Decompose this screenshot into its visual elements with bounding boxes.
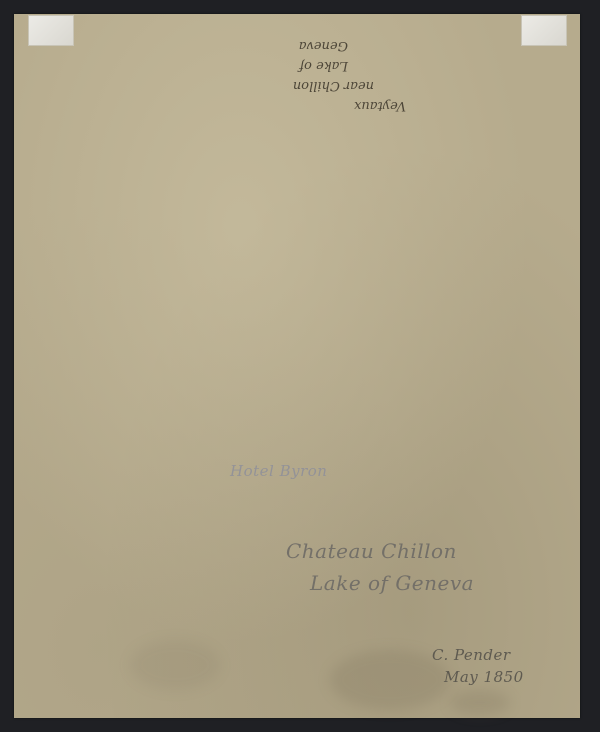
mounting-tab-left <box>28 15 74 46</box>
location-inscription: Chateau Chillon Lake of Geneva <box>286 535 474 599</box>
water-stain <box>450 690 510 715</box>
inverted-inscription: Veytaux near Chillon Lake of Geneva <box>250 40 410 115</box>
signature-name: C. Pender <box>432 644 524 666</box>
location-line-2: Lake of Geneva <box>286 567 474 599</box>
paper-sheet <box>14 14 580 718</box>
inscription-line: Lake of Geneva <box>250 35 410 75</box>
inscription-line: Veytaux <box>250 95 410 115</box>
hotel-inscription: Hotel Byron <box>230 462 327 480</box>
signature-date: May 1850 <box>432 666 524 688</box>
water-stain <box>130 640 220 690</box>
mounting-tab-right <box>521 15 567 46</box>
signature-inscription: C. Pender May 1850 <box>432 644 524 688</box>
location-line-1: Chateau Chillon <box>286 535 474 567</box>
inscription-line: near Chillon <box>250 75 410 95</box>
